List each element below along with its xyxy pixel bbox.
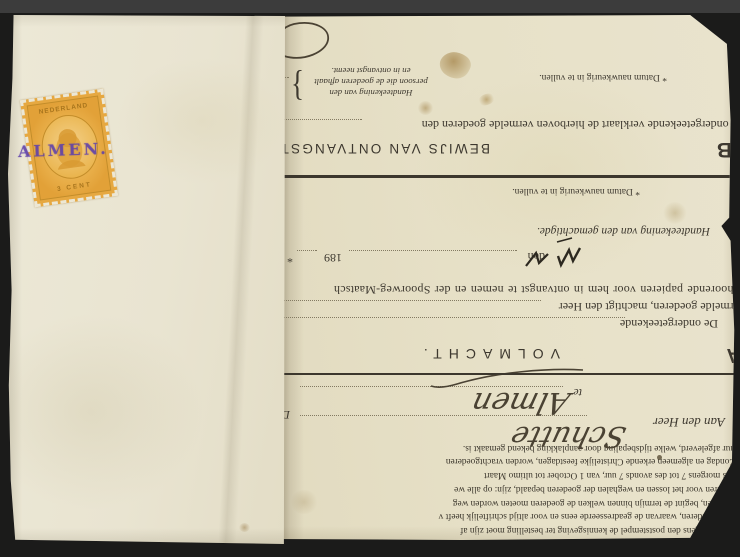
ink-scribble-marks [494,234,594,278]
machtigt-line: ermelde goederen, machtigt den Heer [559,299,737,314]
conditions-line: erlangen, begint de termijn binnen welke… [280,495,735,509]
handwritten-flourish [278,18,334,62]
ondergeteekende-line: De ondergeteekende [620,316,718,331]
paper-vignette [8,15,285,544]
handteekening-persoon-line: en in ontvangst neemt. [302,66,440,77]
handteekening-persoon-line: persoon die de goederen afhaalt [302,76,440,87]
conditions-line: Zondag en algemeen erkende Christelijke … [280,454,735,468]
ondergeteekende-dotted-line [282,317,625,318]
section-b-letter: B [717,137,732,161]
section-divider-rule [278,373,737,375]
machtigt-dotted-line [282,300,541,301]
conditions-line: des morgens 7 tot des avonds 7 uur, van … [280,467,735,481]
volmacht-heading: VOLMACHT. [417,346,560,362]
section-b-footnote: * Datum nauwkeurig in te vullen. [539,72,667,82]
date-dotted-line [349,250,517,251]
handteekening-persoon-line: Handteekening van den [302,87,440,98]
blank-back-panel: NEDERLAND 3 CENT [8,15,285,544]
year-dotted-line [297,250,317,251]
asterisk-mark: * [287,251,293,266]
conditions-paragraph: aarop volgens den poststempel de kennisg… [280,440,735,536]
handteekening-persoon-block: Handteekening van den persoon die de goe… [302,66,440,98]
upside-down-content: aarop volgens den poststempel de kennisg… [278,15,737,540]
stamp-denomination-label: 3 CENT [39,179,109,196]
signature-flourish-underline [427,366,587,392]
conditions-line: voor goederen, waarvan de geadresseerde … [280,509,735,523]
aan-den-heer-label: Aan den Heer [653,414,725,430]
printed-form-panel: aarop volgens den poststempel de kennisg… [278,15,737,540]
handteekening-gemachtigde-line: Handteekening van den gemachtigde. [537,225,710,237]
verklaart-line: e ondergeteekende verklaart de hierboven… [422,117,737,132]
section-a-footnote: * Datum nauwkeurig in te vullen. [512,186,640,196]
section-a-letter: A [727,343,737,366]
conditions-line: De uren voor het lossen en weghalen der … [280,481,735,495]
brace-glyph: } [291,66,304,108]
auction-photo-old-dutch-railway-form: { "photo": { "background_color": "#1b1b1… [0,0,740,557]
papieren-line: ehoorende papieren voor hem in ontvangst… [278,282,737,297]
verklaart-dotted-line [280,119,362,120]
bewijs-heading: BEWIJS VAN ONTVANGST DER G [278,141,490,156]
section-b-rule [278,175,737,178]
photo-top-strip [0,0,740,13]
year-189: 189 [324,250,342,265]
conditions-line: aarop volgens den poststempel de kennisg… [280,522,735,536]
handwritten-name: Schutte [507,420,629,454]
